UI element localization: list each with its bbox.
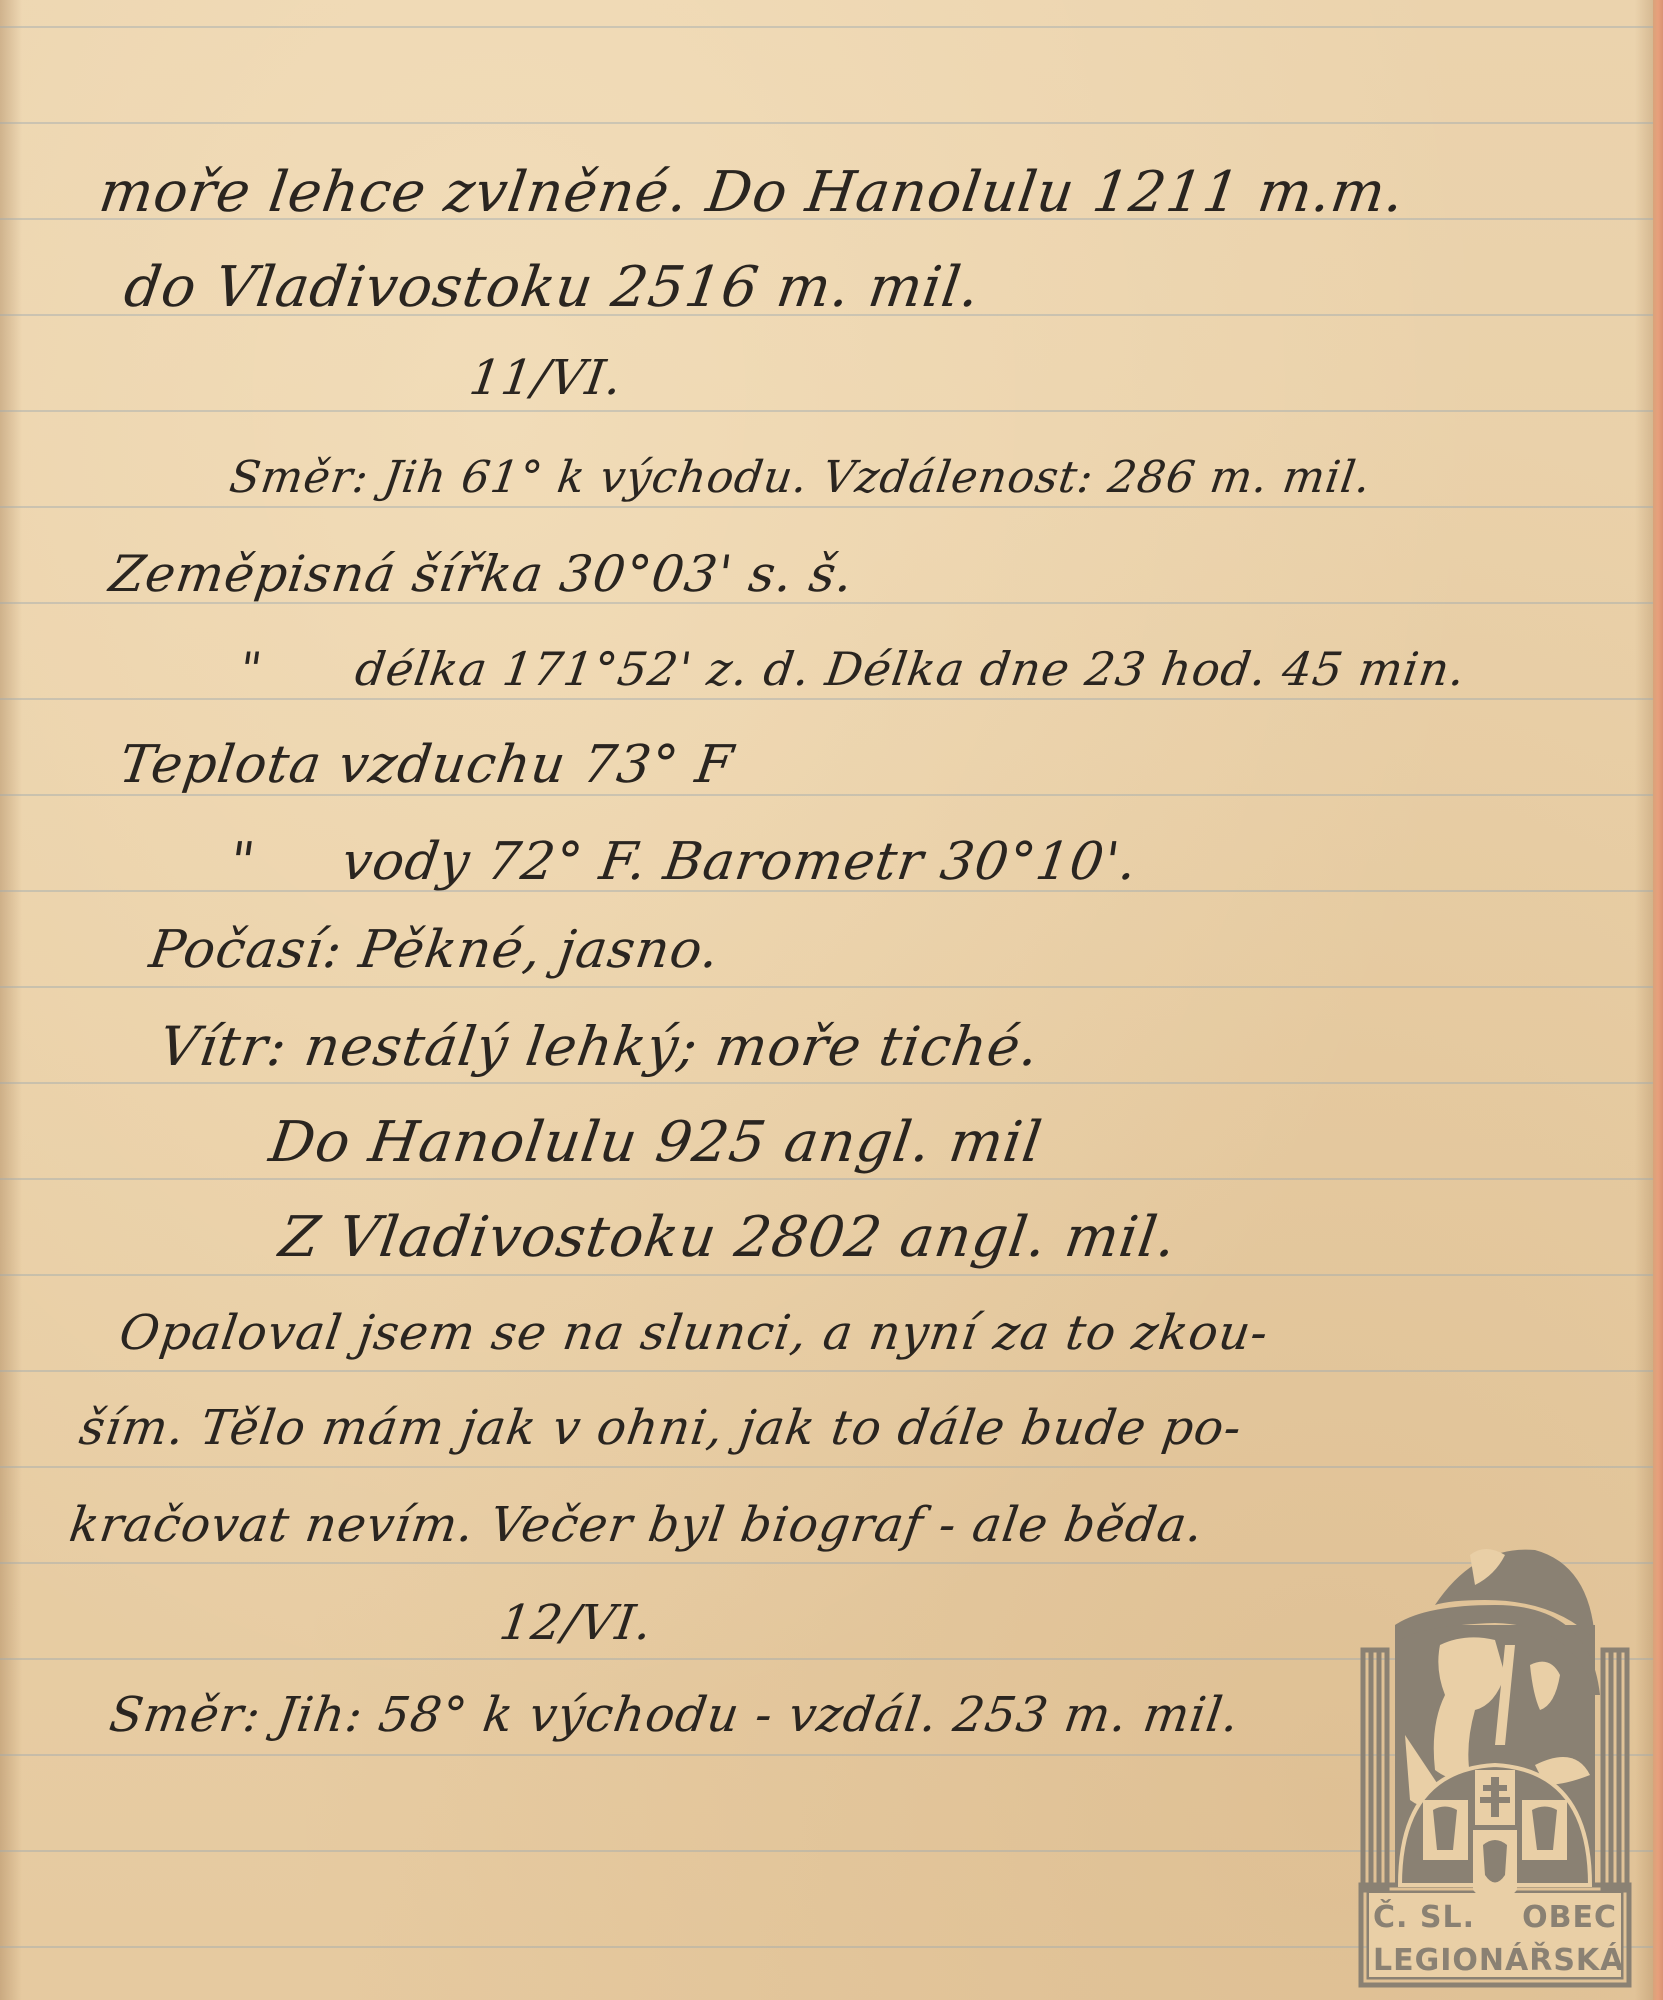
ruled-line <box>0 1274 1653 1276</box>
ruled-line <box>0 410 1653 412</box>
handwritten-line: " vody 72° F. Barometr 30°10'. <box>226 832 1142 892</box>
ruled-line <box>0 1466 1653 1468</box>
handwritten-line: ším. Tělo mám jak v ohni, jak to dále bu… <box>76 1400 1245 1456</box>
ruled-line <box>0 26 1653 28</box>
page-edge <box>1653 0 1663 2000</box>
ruled-line <box>0 506 1653 508</box>
handwritten-line: Vítr: nestálý lehký; moře tiché. <box>156 1015 1044 1078</box>
date-heading: 12/VI. <box>496 1595 656 1651</box>
ruled-line <box>0 1178 1653 1180</box>
stamp-text-line2: LEGIONÁŘSKÁ <box>1373 1943 1617 1978</box>
handwritten-line: do Vladivostoku 2516 m. mil. <box>120 255 984 320</box>
ruled-line <box>0 1082 1653 1084</box>
stamp-text-left: Č. SL. <box>1373 1900 1475 1935</box>
handwritten-line: moře lehce zvlněné. Do Hanolulu 1211 m.m… <box>95 160 1408 225</box>
ruled-line <box>0 986 1653 988</box>
handwritten-line: Směr: Jih 61° k východu. Vzdálenost: 286… <box>226 452 1374 503</box>
handwritten-line: Zeměpisná šířka 30°03' s. š. <box>106 545 857 603</box>
handwritten-line: " délka 171°52' z. d. Délka dne 23 hod. … <box>236 642 1469 696</box>
page-edge-shadow <box>1635 0 1653 2000</box>
ruled-line <box>0 1370 1653 1372</box>
handwritten-line: Opaloval jsem se na slunci, a nyní za to… <box>116 1305 1272 1361</box>
handwritten-line: Do Hanolulu 925 angl. mil <box>265 1110 1046 1175</box>
legionnaire-stamp: Č. SL. OBEC LEGIONÁŘSKÁ <box>1355 1545 1635 1990</box>
stamp-text-line1: Č. SL. OBEC <box>1373 1900 1617 1935</box>
binding-shadow <box>0 0 22 2000</box>
ruled-line <box>0 698 1653 700</box>
handwritten-line: kračovat nevím. Večer byl biograf - ale … <box>66 1497 1207 1553</box>
ruled-line <box>0 122 1653 124</box>
diary-page: moře lehce zvlněné. Do Hanolulu 1211 m.m… <box>0 0 1663 2000</box>
stamp-text-right: OBEC <box>1522 1900 1617 1935</box>
handwritten-line: Směr: Jih: 58° k východu - vzdál. 253 m.… <box>106 1687 1243 1743</box>
handwritten-line: Počasí: Pěkné, jasno. <box>146 920 724 980</box>
handwritten-line: Teplota vzduchu 73° F <box>116 735 737 795</box>
date-heading: 11/VI. <box>466 350 626 406</box>
handwritten-line: Z Vladivostoku 2802 angl. mil. <box>275 1205 1180 1270</box>
